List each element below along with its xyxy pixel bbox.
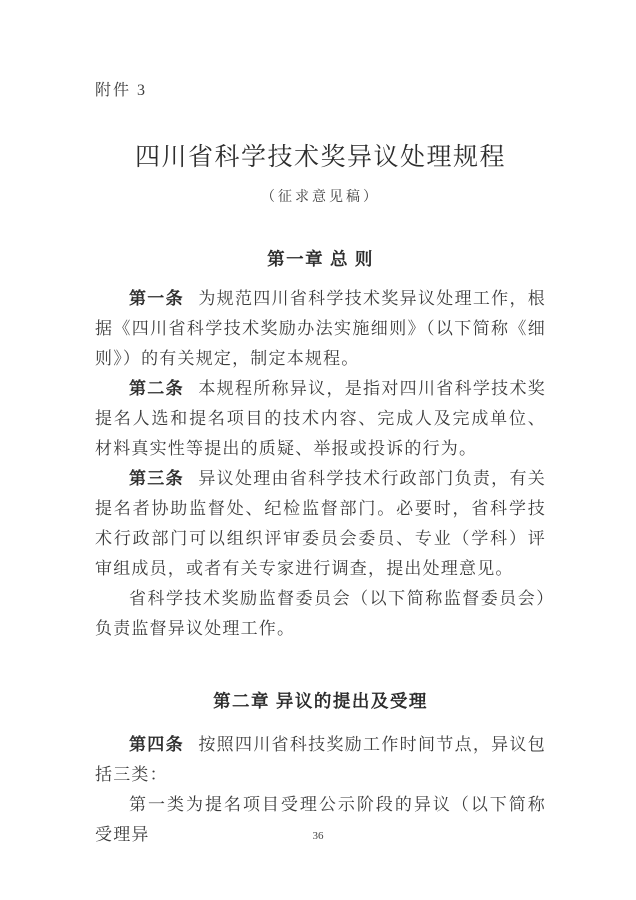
supervision-committee-paragraph: 省科学技术奖励监督委员会（以下简称监督委员会）负责监督异议处理工作。 [95, 584, 546, 644]
article-3-paragraph: 第三条异议处理由省科学技术行政部门负责，有关提名者协助监督处、纪检监督部门。必要… [95, 464, 546, 584]
supervision-committee-text: 省科学技术奖励监督委员会（以下简称监督委员会）负责监督异议处理工作。 [95, 589, 546, 638]
article-1-number: 第一条 [129, 289, 184, 308]
attachment-label: 附件 3 [95, 80, 546, 101]
document-page: 附件 3 四川省科学技术奖异议处理规程 （征求意见稿） 第一章 总 则 第一条为… [0, 0, 636, 900]
article-4-paragraph: 第四条按照四川省科技奖励工作时间节点，异议包括三类： [95, 730, 546, 790]
page-number: 36 [0, 830, 636, 842]
chapter-1-heading: 第一章 总 则 [95, 246, 546, 272]
article-2-paragraph: 第二条本规程所称异议，是指对四川省科学技术奖提名人选和提名项目的技术内容、完成人… [95, 374, 546, 464]
article-2-number: 第二条 [129, 379, 184, 398]
chapter-2-heading: 第二章 异议的提出及受理 [95, 688, 546, 714]
article-4-number: 第四条 [129, 735, 184, 754]
article-3-number: 第三条 [129, 469, 184, 488]
article-1-paragraph: 第一条为规范四川省科学技术奖异议处理工作，根据《四川省科学技术奖励办法实施细则》… [95, 284, 546, 374]
document-subtitle: （征求意见稿） [95, 188, 546, 208]
document-title: 四川省科学技术奖异议处理规程 [95, 143, 546, 173]
